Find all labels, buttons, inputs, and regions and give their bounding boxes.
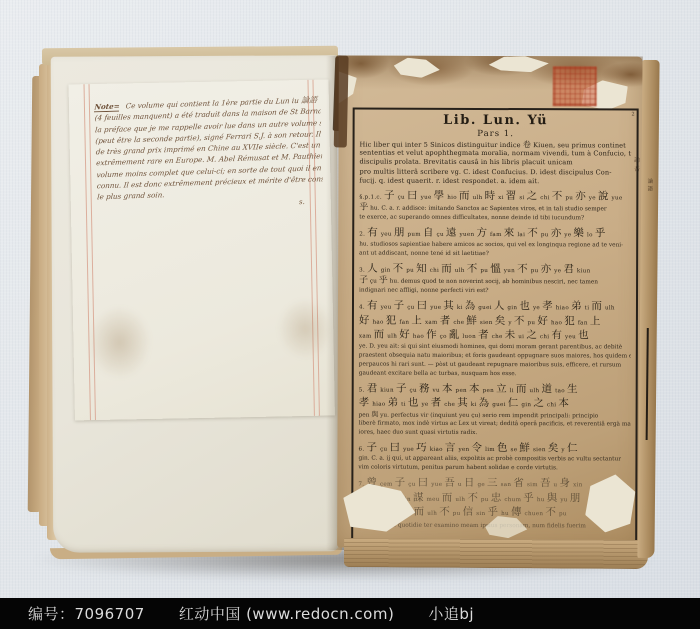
latin-intro-line: fucij. q. idest quaerit. r. idest respon… [359,176,631,186]
photo-of-antique-book: Note=Ce volume qui contient la 1ère part… [0,0,700,629]
right-page: 諭吾 2 Lib. Lun. Yü Pars 1. Hic liber qui … [337,55,643,548]
hanzi-line: 好 hao 犯 fan 上 xam 者 che 鮮 sien 矣 y 不 pu … [359,313,631,328]
handwritten-note: Note=Ce volume qui contient la 1ère part… [94,94,323,203]
hanzi-line: §.p.1.c. 子 çu 曰 yue 學 hio 而 ulh 時 xi 習 s… [359,188,631,203]
paper-stain [87,305,152,380]
latin-line: vim coloris virtutum, penitus parum habe… [358,464,630,474]
latin-line: indignari nec affligi, nonne perfecti vi… [359,287,631,297]
watermark-id: 编号：7096707 [28,603,145,624]
page-block-bottom [344,538,648,569]
hanzi-line: 2. 有 yeu 朋 pum 自 çu 遠 yuen 方 fam 來 lai 不… [359,226,631,241]
latin-line: gaudeant excitare bella ac turbas, nusqu… [359,369,631,379]
red-collection-seal [553,66,597,106]
pasted-note-sheet: Note=Ce volume qui contient la 1ère part… [69,79,335,420]
hanzi-line: 5. 君 kiun 子 çu 務 vu 本 pen 本 pen 立 li 而 u… [359,381,631,396]
hanzi-line: 3. 人 gin 不 pu 知 chi 而 ulh 不 pu 慍 yun 不 p… [359,261,631,276]
left-page: Note=Ce volume qui contient la 1ère part… [51,55,340,552]
hanzi-line: 6. 子 çu 曰 yue 巧 kiao 言 yen 令 lim 色 se 鮮 … [358,440,630,455]
latin-intro-line: discipulis prolata. Brevitatis causâ in … [359,158,631,168]
text-frame: 2 Lib. Lun. Yü Pars 1. Hic liber qui int… [351,108,639,547]
hanzi-line: 4. 有 yeu 子 çu 曰 yue 其 ki 為 guei 人 gin 也 … [359,299,631,314]
page-number: 2 [631,111,634,117]
dark-torn-edge [334,55,349,147]
latin-line: te exerce, ac superando omnes difficulta… [359,214,631,224]
book-title: Lib. Lun. Yü [360,113,632,130]
watermark-brand: 红动中国 (www.redocn.com) [179,603,395,624]
hanzi-line: 孝 hiao 弟 ti 也 ye 者 che 其 ki 為 guei 仁 gin… [359,396,631,411]
fore-edge-title-marks: 論語 [645,178,653,193]
watermark-author: 小追bj [428,603,474,624]
latin-line: iores, haec duo sunt quasi virtutis radi… [359,428,631,438]
hanzi-line: 7. 曾 çem 子 çu 曰 yue 吾 u 日 ge 三 san 省 sim… [358,476,630,491]
latin-line: ant ut addiscant, nonne tené id sit laet… [359,249,631,259]
ink-squiggle: s. [299,198,305,206]
fore-edge-ink-line [646,328,649,440]
hanzi-line: xam 而 ulh 好 hao 作 ço 亂 luon 者 che 未 ui 之… [359,328,631,343]
watermark-bar: 编号：7096707 红动中国 (www.redocn.com) 小追bj [0,598,700,629]
